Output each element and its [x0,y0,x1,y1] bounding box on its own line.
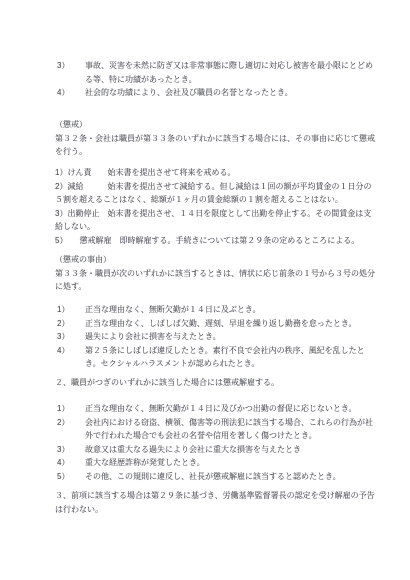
item-text: 正当な理由なく、無断欠勤が１４日に及ぶとき。 [85,305,261,314]
item-text: 第２５条にしばしば違反したとき。素行不良で会社内の秩序、風紀を乱したとき。セクシ… [85,346,365,369]
reason-items-list: 1） 正当な理由なく、無断欠勤が１４日に及ぶとき。 2） 正当な理由なく、しばし… [55,303,377,371]
item-text: 重大な経歴詐称が発覚したとき。 [85,458,205,467]
item-text: 事故、災害を未然に防ぎ又は非常事態に際し適切に対応し被害を最小限にとどめる等、特… [85,61,373,84]
item-text: 過失により会社に損害を与えたとき。 [85,332,221,341]
item-number: 2） [57,416,69,430]
dismissal-intro-paragraph: ２、職員がつぎのいずれかに該当した場合には懲戒解雇する。 [55,376,377,390]
notice-paragraph: ３、前項に該当する場合は第２９条に基づき、労働基準監督署長の認定を受け解雇の予告… [55,489,377,516]
discipline-type-line: 5） 懲戒解雇 即時解雇する。手続きについては第２９条の定めるところによる。 [55,234,377,248]
item-number: 5） [57,470,69,484]
discipline-types-list: 1）けん責 始末書を提出させて将来を戒める。 2）減給 始末書を提出させて減給す… [55,166,377,247]
article-33-paragraph: 第３３条・職員が次のいずれかに該当するときは、情状に応じ前条の１号から３号の処分… [55,267,377,294]
section-heading: （懲戒） [55,118,377,132]
list-item: 1） 正当な理由なく、無断欠勤が１４日に及ぶとき。 [55,303,377,317]
section-heading: （懲戒の事由） [55,253,377,267]
discipline-type-line: 3）出勤停止 始末書を提出させ、１４日を限度として出勤を停止する。その間賃金は支… [55,207,377,234]
item-number: 1） [57,303,69,317]
list-item: 5） その他、この規則に違反し、社長が懲戒解雇に該当すると認めたとき。 [55,470,377,484]
commendation-items-list: 3） 事故、災害を未然に防ぎ又は非常事態に際し適切に対応し被害を最小限にとどめる… [55,59,377,100]
item-number: 3） [57,59,69,73]
discipline-type-line: 2）減給 始末書を提出させて減給する。但し減給は１回の額が平均賃金の１日分の５割… [55,180,377,207]
list-item: 2） 正当な理由なく、しばしば欠勤、遅刻、早退を繰り返し勤務を怠ったとき。 [55,317,377,331]
notice-paragraph-block: ３、前項に該当する場合は第２９条に基づき、労働基準監督署長の認定を受け解雇の予告… [55,489,377,516]
list-item: 3） 故意又は重大なる過失により会社に重大な損害を与えたとき [55,443,377,457]
list-item: 3） 事故、災害を未然に防ぎ又は非常事態に際し適切に対応し被害を最小限にとどめる… [55,59,377,86]
section-discipline: （懲戒） 第３２条・会社は職員が第３３条のいずれかに該当する場合には、その事由に… [55,118,377,159]
item-text: 社会的な功績により、会社及び職員の名誉となったとき。 [85,88,293,97]
dismissal-intro: ２、職員がつぎのいずれかに該当した場合には懲戒解雇する。 [55,376,377,390]
item-number: 1） [57,402,69,416]
item-text: 会社内における窃盗、横領、傷害等の刑法犯に該当する場合、これらの行為が社外で行わ… [85,418,373,441]
dismissal-items-list: 1） 正当な理由なく、無断欠勤が１４日に及びかつ出勤の督促に応じないとき。 2）… [55,402,377,483]
list-item: 3） 過失により会社に損害を与えたとき。 [55,330,377,344]
item-number: 3） [57,443,69,457]
item-number: 3） [57,330,69,344]
list-item: 2） 会社内における窃盗、横領、傷害等の刑法犯に該当する場合、これらの行為が社外… [55,416,377,443]
item-text: 故意又は重大なる過失により会社に重大な損害を与えたとき [85,445,301,454]
item-text: 正当な理由なく、無断欠勤が１４日に及びかつ出勤の督促に応じないとき。 [85,404,357,413]
list-item: 1） 正当な理由なく、無断欠勤が１４日に及びかつ出勤の督促に応じないとき。 [55,402,377,416]
article-32-paragraph: 第３２条・会社は職員が第３３条のいずれかに該当する場合には、その事由に応じて懲戒… [55,132,377,159]
list-item: 4） 社会的な功績により、会社及び職員の名誉となったとき。 [55,86,377,100]
item-number: 4） [57,456,69,470]
item-number: 2） [57,317,69,331]
section-discipline-reasons: （懲戒の事由） 第３３条・職員が次のいずれかに該当するときは、情状に応じ前条の１… [55,253,377,294]
document-page: 3） 事故、災害を未然に防ぎ又は非常事態に際し適切に対応し被害を最小限にとどめる… [0,0,410,580]
item-number: 4） [57,86,69,100]
item-text: 正当な理由なく、しばしば欠勤、遅刻、早退を繰り返し勤務を怠ったとき。 [85,319,357,328]
item-text: その他、この規則に違反し、社長が懲戒解雇に該当すると認めたとき。 [85,472,341,481]
list-item: 4） 重大な経歴詐称が発覚したとき。 [55,456,377,470]
list-item: 4） 第２５条にしばしば違反したとき。素行不良で会社内の秩序、風紀を乱したとき。… [55,344,377,371]
item-number: 4） [57,344,69,358]
discipline-type-line: 1）けん責 始末書を提出させて将来を戒める。 [55,166,377,180]
